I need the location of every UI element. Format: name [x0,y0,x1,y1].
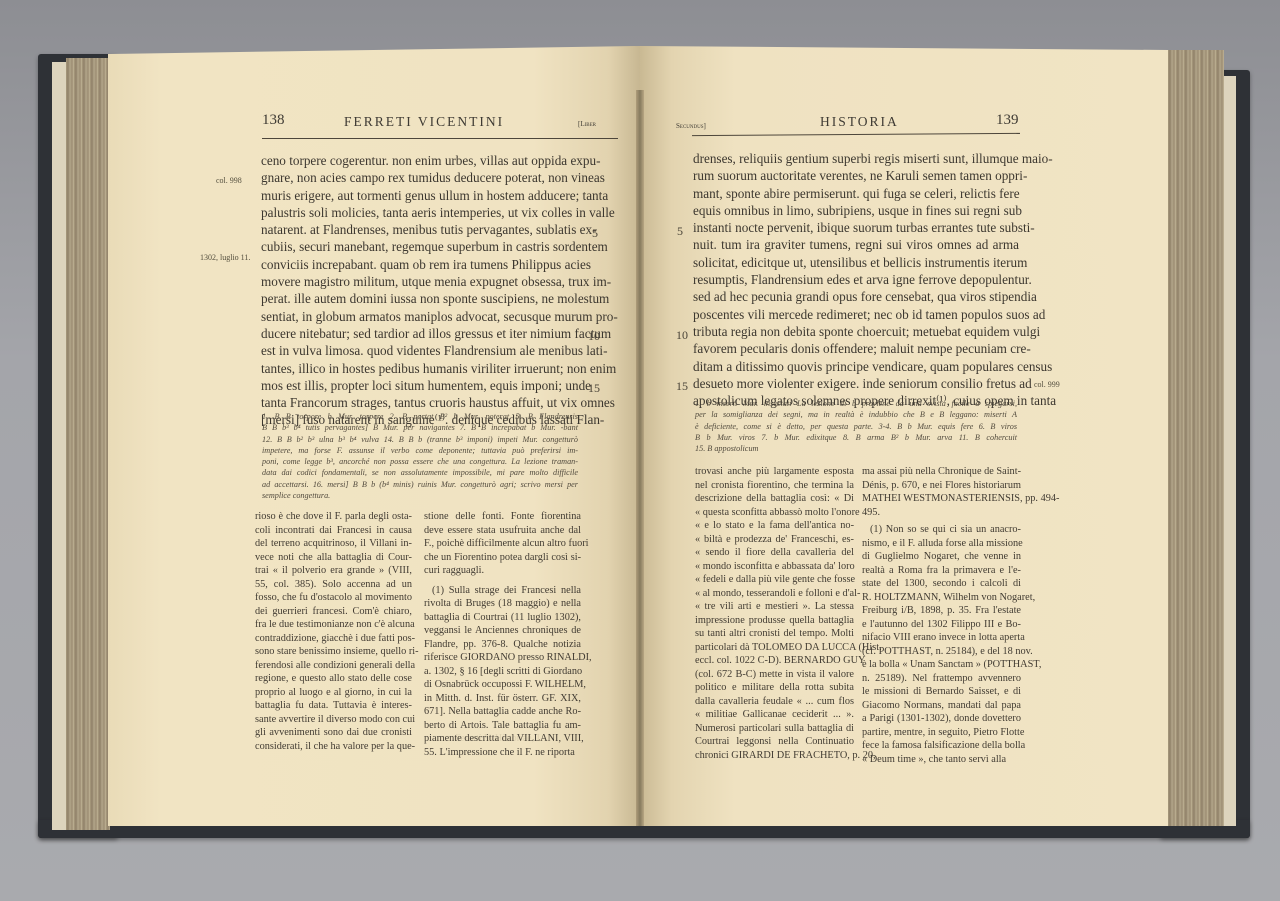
line-number: 10 [676,328,688,343]
signature-mark: Ferreti V. Historiae, I. [455,733,542,744]
notes-right-col1: trovasi anche più largamente esposta nel… [695,465,854,762]
notes-left-col2: stione delle fonti. Fonte fiorentina dev… [424,510,581,759]
main-text-left: ceno torpere cogerentur. non enim urbes,… [261,152,581,429]
line-number: 5 [677,224,683,239]
margin-note-date: 1302, luglio 11. [200,253,250,262]
endpaper-right [1224,76,1236,826]
notes-left-col1: rioso è che dove il F. parla degli osta-… [255,510,412,753]
notes-right-col2: ma assai più nella Chronique de Saint- D… [862,465,1021,766]
running-title: FERRETI VICENTINI [344,114,504,130]
right-running-head: Secundus] HISTORIA 139 [672,112,1020,134]
margin-note-column: col. 998 [216,176,242,185]
book-gutter [636,90,644,826]
critical-apparatus-right: 1. b inserti Mur. insectati La lezione d… [695,398,1017,454]
endpaper-left [52,62,66,830]
page-edges-right [1168,50,1224,826]
page-number: 139 [996,112,1019,129]
page-number: 138 [262,112,285,129]
running-tag: Secundus] [676,122,706,130]
header-rule [262,138,618,139]
page-edges-left [66,58,110,830]
running-tag: [Liber [578,120,596,128]
critical-apparatus-left: 1. B B torpore b Mur. torpere 2. B porta… [262,411,578,501]
line-number: 15 [676,379,688,394]
margin-note-column: col. 999 [1034,380,1060,389]
main-text-right: drenses, reliquiis gentium superbi regis… [693,150,1019,409]
left-running-head: 138 FERRETI VICENTINI [Liber [262,112,612,134]
running-title: HISTORIA [820,114,899,130]
